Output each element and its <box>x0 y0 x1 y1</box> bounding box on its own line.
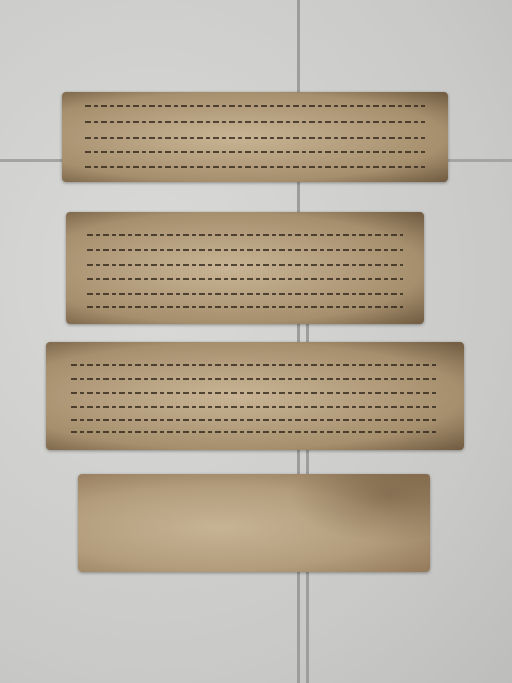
script-line <box>87 264 402 266</box>
manuscript-folio-1: Manuscript folio with 5 lines of Tibetan… <box>62 92 448 182</box>
script-line <box>87 306 402 308</box>
manuscript-folio-3: Manuscript folio with 6 lines of Tibetan… <box>46 342 464 450</box>
manuscript-folio-2: Manuscript folio with 6 lines of Tibetan… <box>66 212 424 324</box>
script-line <box>71 364 439 366</box>
script-line <box>85 105 425 107</box>
script-line <box>71 406 439 408</box>
script-line <box>87 293 402 295</box>
script-line <box>71 378 439 380</box>
script-line <box>71 392 439 394</box>
script-line <box>85 151 425 153</box>
blank-folio-4: Blank folio with water staining <box>78 474 430 572</box>
script-line <box>87 234 402 236</box>
script-line <box>85 137 425 139</box>
water-stain <box>289 474 430 543</box>
script-line <box>85 121 425 123</box>
script-line <box>71 431 439 433</box>
script-line <box>85 166 425 168</box>
script-line <box>87 249 402 251</box>
script-line <box>87 278 402 280</box>
script-line <box>71 419 439 421</box>
